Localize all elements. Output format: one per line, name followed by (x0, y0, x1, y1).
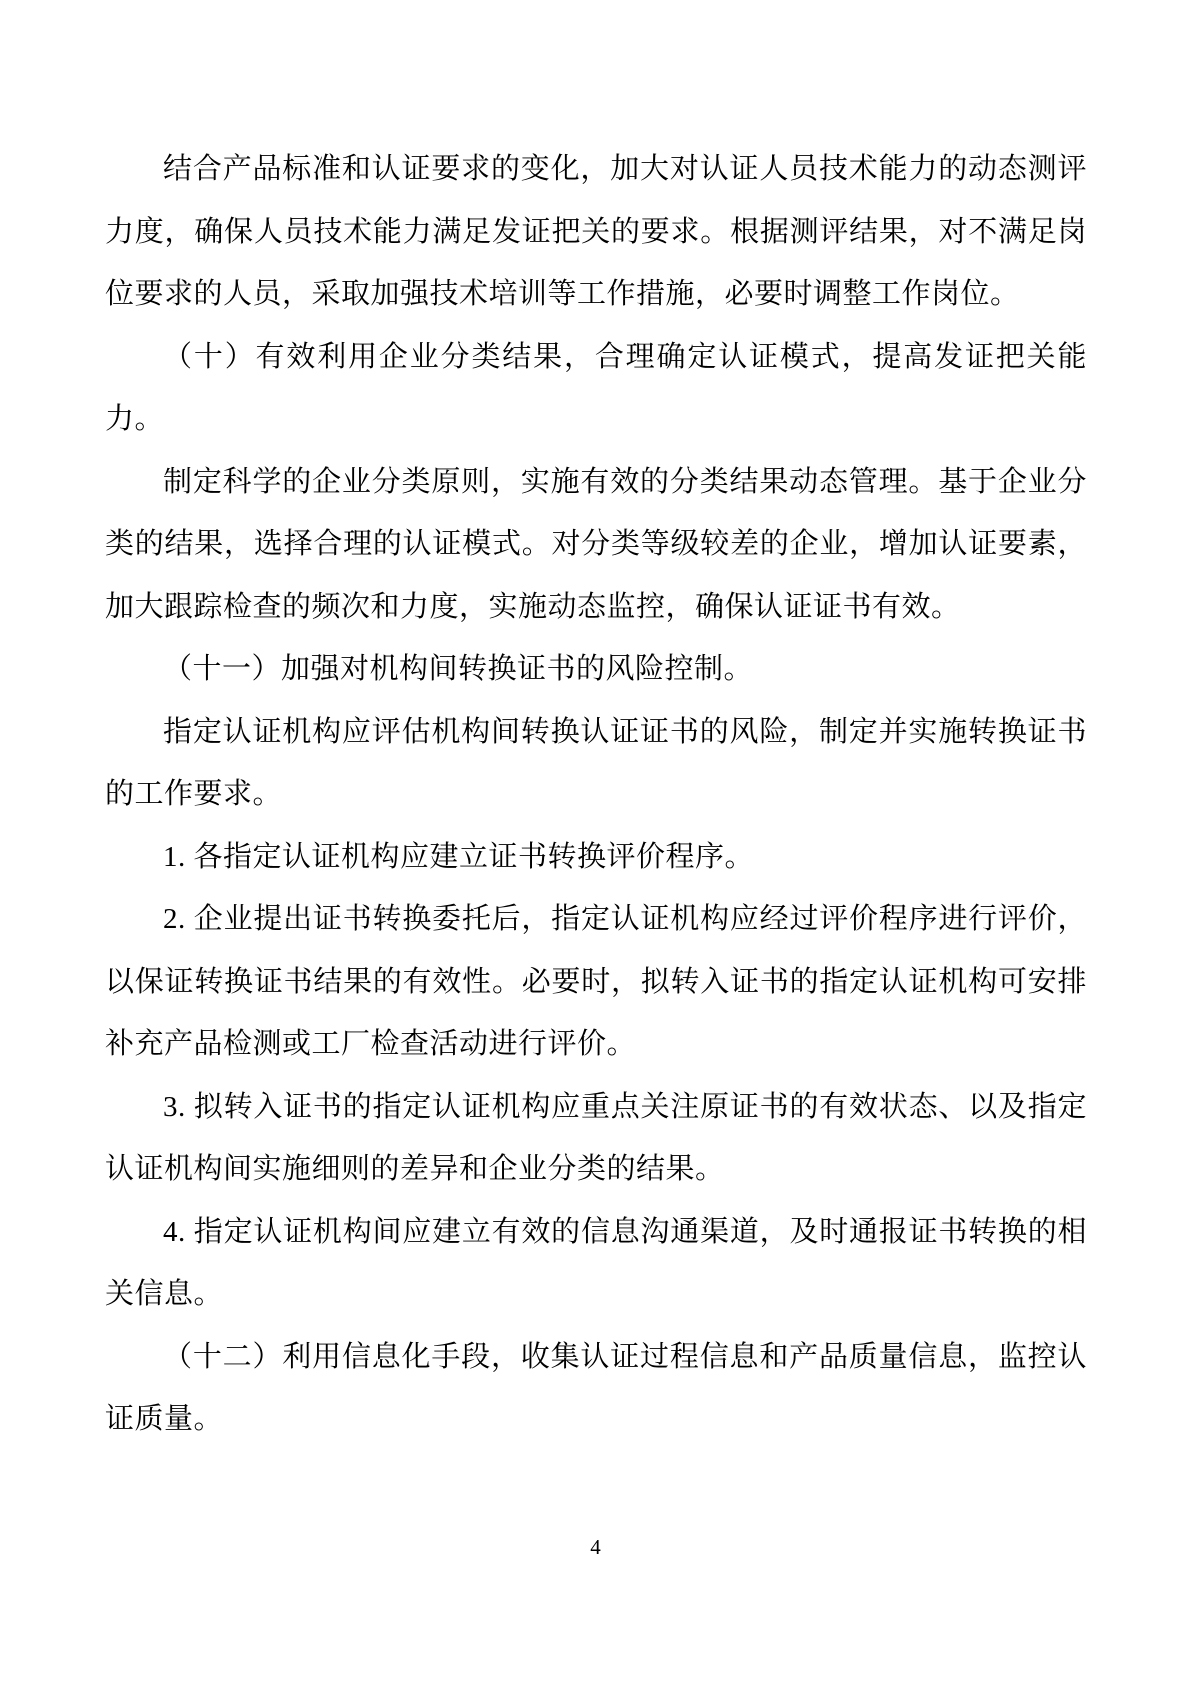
document-page: 结合产品标准和认证要求的变化，加大对认证人员技术能力的动态测评力度，确保人员技术… (0, 0, 1191, 1684)
page-number: 4 (590, 1535, 601, 1559)
paragraph: 结合产品标准和认证要求的变化，加大对认证人员技术能力的动态测评力度，确保人员技术… (105, 138, 1087, 326)
page-footer: 4 (0, 1534, 1191, 1560)
paragraph-heading-11: （十一）加强对机构间转换证书的风险控制。 (105, 638, 1087, 701)
paragraph-heading-10: （十）有效利用企业分类结果，合理确定认证模式，提高发证把关能力。 (105, 326, 1087, 451)
document-body: 结合产品标准和认证要求的变化，加大对认证人员技术能力的动态测评力度，确保人员技术… (105, 138, 1087, 1451)
paragraph: 指定认证机构应评估机构间转换认证证书的风险，制定并实施转换证书的工作要求。 (105, 701, 1087, 826)
paragraph-heading-12: （十二）利用信息化手段，收集认证过程信息和产品质量信息，监控认证质量。 (105, 1326, 1087, 1451)
paragraph-list-item-3: 3. 拟转入证书的指定认证机构应重点关注原证书的有效状态、以及指定认证机构间实施… (105, 1076, 1087, 1201)
paragraph-list-item-2: 2. 企业提出证书转换委托后，指定认证机构应经过评价程序进行评价，以保证转换证书… (105, 888, 1087, 1076)
paragraph: 制定科学的企业分类原则，实施有效的分类结果动态管理。基于企业分类的结果，选择合理… (105, 451, 1087, 639)
paragraph-list-item-4: 4. 指定认证机构间应建立有效的信息沟通渠道，及时通报证书转换的相关信息。 (105, 1201, 1087, 1326)
paragraph-list-item-1: 1. 各指定认证机构应建立证书转换评价程序。 (105, 826, 1087, 889)
